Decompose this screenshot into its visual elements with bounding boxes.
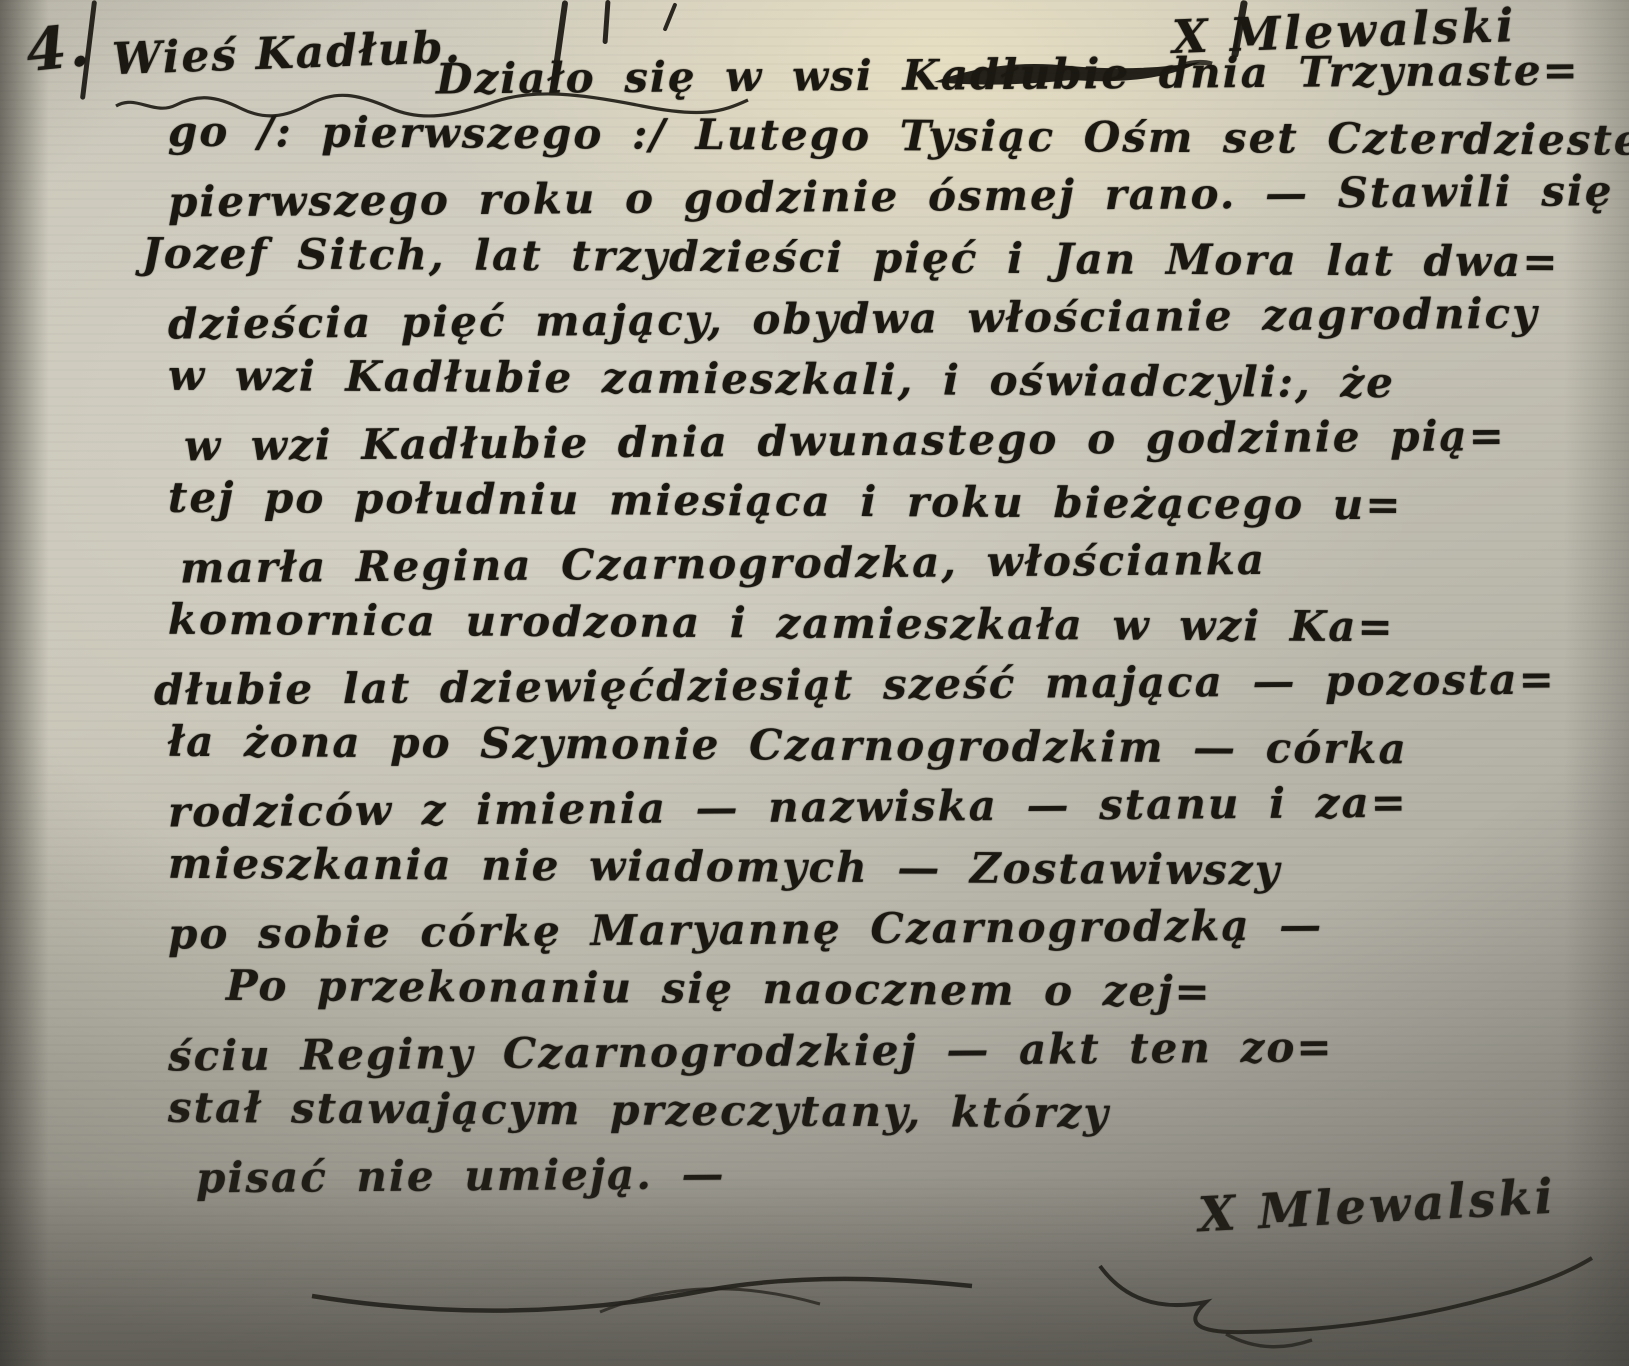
manuscript-line: dzieścia pięć mający, obydwa włościanie … — [168, 283, 1568, 355]
manuscript-line: pierwszego roku o godzinie ósmej rano. —… — [168, 161, 1568, 233]
manuscript-line: tej po południu miesiąca i roku bieżąceg… — [168, 467, 1568, 537]
closing-flourish — [300, 1252, 1000, 1332]
manuscript-line: komornica urodzona i zamieszkała w wzi K… — [168, 589, 1568, 659]
manuscript-line: w wzi Kadłubie zamieszkali, i oświadczyl… — [168, 345, 1568, 415]
document-scan: 4. Wieś Kadłub. X Mlewalski Działo się w… — [0, 0, 1629, 1366]
manuscript-line: go /: pierwszego :/ Lutego Tysiąc Ośm se… — [168, 101, 1568, 171]
manuscript-line: rodziców z imienia — nazwiska — stanu i … — [168, 771, 1568, 843]
manuscript-line: ła żona po Szymonie Czarnogrodzkim — cór… — [168, 711, 1568, 781]
manuscript-line: Jozef Sitch, lat trzydzieści pięć i Jan … — [142, 223, 1568, 293]
manuscript-line: w wzi Kadłubie dnia dwunastego o godzini… — [184, 405, 1568, 477]
signature-flourish — [1076, 1238, 1616, 1358]
manuscript-line: stał stawającym przeczytany, którzy — [168, 1077, 1568, 1147]
manuscript-line: Po przekonaniu się naocznem o zej= — [226, 955, 1568, 1024]
manuscript-body: Działo się w wsi Kadłubie dnia Trzynaste… — [168, 44, 1568, 1203]
manuscript-line: po sobie córkę Maryannę Czarnogrodzką — — [168, 893, 1568, 965]
pen-stroke — [663, 2, 678, 31]
manuscript-line: ściu Reginy Czarnogrodzkiej — akt ten zo… — [168, 1015, 1568, 1087]
pen-stroke — [602, 0, 610, 44]
manuscript-line: mieszkania nie wiadomych — Zostawiwszy — [168, 833, 1568, 903]
manuscript-line: marła Regina Czarnogrodzka, włościanka — [180, 527, 1568, 599]
manuscript-line: dłubie lat dziewięćdziesiąt sześć mająca… — [154, 648, 1568, 720]
record-number: 4. — [23, 11, 94, 85]
manuscript-line: Działo się w wsi Kadłubie dnia Trzynaste… — [436, 40, 1568, 110]
